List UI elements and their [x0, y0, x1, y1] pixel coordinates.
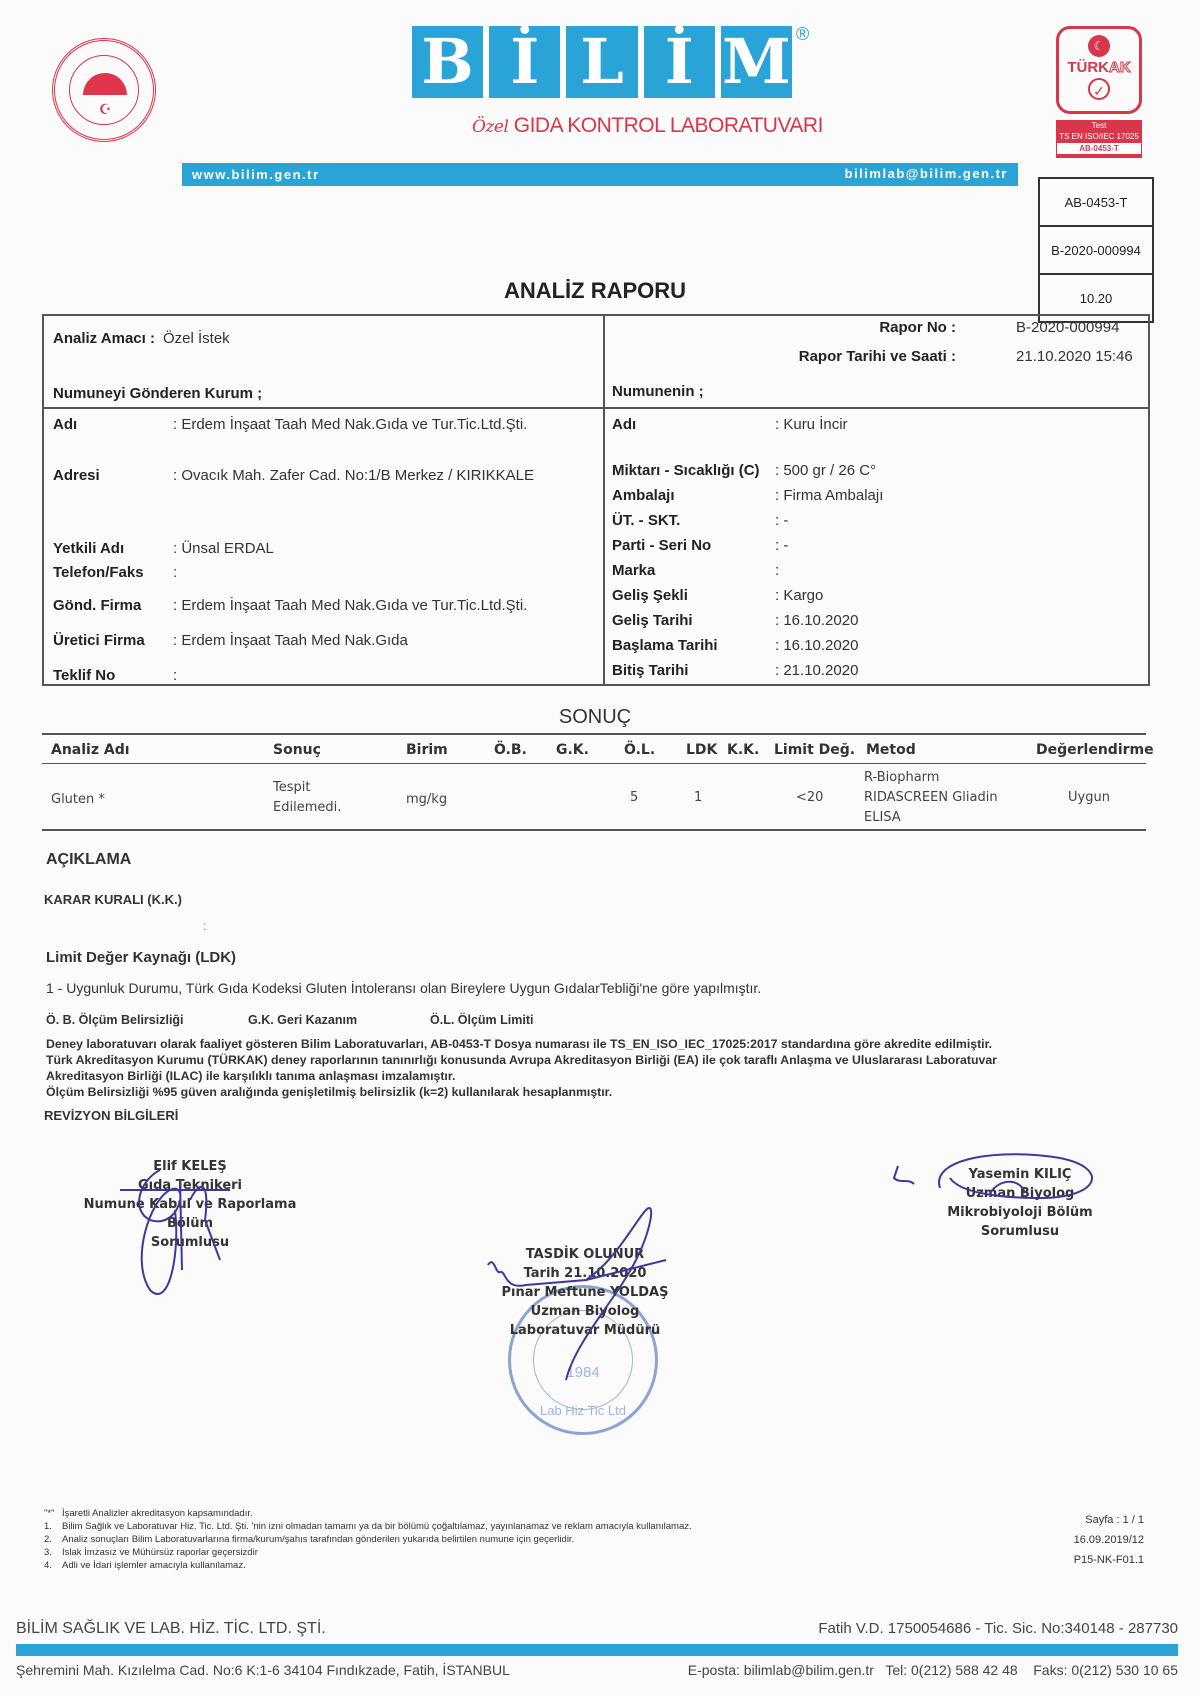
page-info: Sayfa : 1 / 1 16.09.2019/12 P15-NK-F01.1	[1000, 1510, 1144, 1570]
logo-letter: İ	[489, 26, 560, 98]
sender-heading: Numuneyi Gönderen Kurum ;	[53, 385, 262, 402]
contact-bar: www.bilim.gen.tr bilimlab@bilim.gen.tr	[182, 163, 1018, 186]
sender-field-row: Adresi: Ovacık Mah. Zafer Cad. No:1/B Me…	[53, 467, 534, 484]
website-link[interactable]: www.bilim.gen.tr	[192, 167, 320, 182]
page-title: ANALİZ RAPORU	[0, 278, 1190, 304]
table-rule	[42, 763, 1146, 764]
column-header-result: Sonuç	[273, 742, 321, 758]
field-label: Teklif No	[53, 667, 173, 684]
cell-unit: mg/kg	[406, 790, 447, 809]
cell-limit: <20	[796, 788, 823, 807]
field-label: ÜT. - SKT.	[612, 512, 775, 529]
registered-mark: ®	[796, 24, 809, 45]
sample-field-row: Başlama Tarihi: 16.10.2020	[612, 637, 858, 654]
footnote-number: 3.	[44, 1546, 62, 1559]
field-label: Miktarı - Sıcaklığı (C)	[612, 462, 775, 479]
field-value-text: -	[783, 537, 788, 554]
page-current: 1	[1123, 1514, 1129, 1526]
report-date-row: Rapor Tarihi ve Saati : 21.10.2020 15:46	[786, 348, 1133, 365]
accreditation-line: Ölçüm Belirsizliği %95 güven aralığında …	[46, 1084, 1166, 1100]
field-label: Üretici Firma	[53, 632, 173, 649]
explanation-heading: AÇIKLAMA	[46, 851, 131, 869]
sender-field-row: Telefon/Faks:	[53, 564, 177, 581]
footer-contact: E-posta: bilimlab@bilim.gen.tr Tel: 0(21…	[688, 1662, 1178, 1678]
report-no-label: Rapor No :	[786, 319, 956, 336]
stamp-ring-text: Lab Hiz Tic Ltd	[511, 1403, 655, 1418]
accreditation-statement: Deney laboratuvarı olarak faaliyet göste…	[46, 1036, 1166, 1100]
field-label: Bitiş Tarihi	[612, 662, 775, 679]
accreditation-line: Türk Akreditasyon Kurumu (TÜRKAK) deney …	[46, 1052, 1166, 1068]
cell-result-line1: Tespit	[273, 778, 310, 797]
sample-heading: Numunenin ;	[612, 383, 704, 400]
cell-analysis: Gluten *	[51, 790, 105, 809]
sample-field-row: Miktarı - Sıcaklığı (C): 500 gr / 26 C°	[612, 462, 876, 479]
turkak-name-bold: TÜRK	[1067, 59, 1109, 76]
field-label: Marka	[612, 562, 775, 579]
sample-field-row: Parti - Seri No: -	[612, 537, 788, 554]
footer-address: Şehremini Mah. Kızılelma Cad. No:6 K:1-6…	[16, 1662, 510, 1678]
subtitle-prefix: Özel	[472, 117, 508, 137]
footnote-number: 2.	[44, 1533, 62, 1546]
footer-email[interactable]: E-posta: bilimlab@bilim.gen.tr	[688, 1662, 874, 1678]
turkak-name: TÜRKAK	[1059, 59, 1139, 76]
footer-tax-info: Fatih V.D. 1750054686 - Tic. Sic. No:340…	[818, 1620, 1178, 1637]
turkak-band-line1: Test	[1056, 120, 1142, 131]
cell-result-line2: Edilemedi.	[273, 798, 341, 817]
field-value-text: Erdem İnşaat Taah Med Nak.Gıda ve Tur.Ti…	[181, 597, 527, 614]
field-label: Parti - Seri No	[612, 537, 775, 554]
table-rule	[42, 733, 1146, 735]
results-title: SONUÇ	[0, 706, 1190, 729]
crescent-star-icon: ☪	[99, 101, 112, 118]
field-colon: :	[173, 564, 177, 581]
footnote-marker: "*"	[44, 1507, 62, 1520]
page-indicator: Sayfa : 1 / 1	[1000, 1510, 1144, 1530]
email-link[interactable]: bilimlab@bilim.gen.tr	[845, 166, 1008, 181]
footnote-item: Islak İmzasız ve Mühürsüz raporlar geçer…	[62, 1547, 258, 1558]
sample-field-row: Bitiş Tarihi: 21.10.2020	[612, 662, 858, 679]
field-value: :	[173, 667, 177, 684]
field-value: : 16.10.2020	[775, 612, 858, 629]
field-value-text: 21.10.2020	[783, 662, 858, 679]
field-value: : Ünsal ERDAL	[173, 540, 274, 557]
field-value-text: Ovacık Mah. Zafer Cad. No:1/B Merkez / K…	[181, 467, 534, 484]
field-label: Başlama Tarihi	[612, 637, 775, 654]
report-no-value: B-2020-000994	[1016, 319, 1119, 336]
accreditation-line: Deney laboratuvarı olarak faaliyet göste…	[46, 1036, 1166, 1052]
field-value: : Erdem İnşaat Taah Med Nak.Gıda ve Tur.…	[173, 597, 527, 614]
accreditation-code: AB-0453-T	[1040, 179, 1152, 227]
turkak-logo: ☾ TÜRKAK ✓	[1056, 26, 1142, 114]
ldk-text: 1 - Uygunluk Durumu, Türk Gıda Kodeksi G…	[46, 980, 761, 996]
sender-field-row: Adı: Erdem İnşaat Taah Med Nak.Gıda ve T…	[53, 416, 527, 433]
footer-phone: Tel: 0(212) 588 42 48	[885, 1662, 1017, 1678]
column-header-analysis: Analiz Adı	[51, 742, 130, 758]
field-value-text: Erdem İnşaat Taah Med Nak.Gıda	[181, 632, 408, 649]
field-value: :	[173, 564, 177, 581]
purpose-label: Analiz Amacı :	[53, 330, 155, 347]
sample-field-row: Adı: Kuru İncir	[612, 416, 848, 433]
field-label: Adı	[612, 416, 775, 433]
field-value: : 21.10.2020	[775, 662, 858, 679]
ldk-heading: Limit Değer Kaynağı (LDK)	[46, 949, 236, 966]
field-value: : -	[775, 512, 788, 529]
sample-field-row: Marka:	[612, 562, 779, 579]
report-date-value: 21.10.2020 15:46	[1016, 348, 1133, 365]
footer-bar	[16, 1644, 1178, 1656]
signature-right-icon	[890, 1148, 1120, 1208]
signer-role: Mikrobiyoloji Bölüm Sorumlusu	[910, 1203, 1130, 1241]
sender-field-row: Yetkili Adı: Ünsal ERDAL	[53, 540, 274, 557]
cell-method-line3: ELISA	[864, 808, 901, 827]
field-label: Adresi	[53, 467, 173, 484]
cell-method-line2: RIDASCREEN Gliadin	[864, 788, 998, 807]
bilim-logo: B İ L İ M	[412, 26, 792, 104]
logo-letter: M	[721, 26, 792, 98]
field-value-text: Firma Ambalajı	[783, 487, 883, 504]
field-value-text: Kuru İncir	[783, 416, 847, 433]
field-colon: :	[775, 562, 779, 579]
field-label: Yetkili Adı	[53, 540, 173, 557]
footnote-item: Analiz sonuçları Bilim Laboratuvarlarına…	[62, 1534, 574, 1545]
accreditation-line: Akreditasyon Birliği (ILAC) ile karşılık…	[46, 1068, 1166, 1084]
report-date-label: Rapor Tarihi ve Saati :	[786, 348, 956, 365]
column-header-ol: Ö.L.	[624, 742, 655, 758]
field-label: Ambalajı	[612, 487, 775, 504]
footnote-number: 4.	[44, 1559, 62, 1572]
lab-subtitle: Özel GIDA KONTROL LABORATUVARI	[472, 114, 823, 138]
footnote-number: 1.	[44, 1520, 62, 1533]
field-label: Gönd. Firma	[53, 597, 173, 614]
logo-letter: İ	[644, 26, 715, 98]
form-code: P15-NK-F01.1	[1000, 1550, 1144, 1570]
turkak-band-code: AB-0453-T	[1057, 143, 1141, 154]
divider	[42, 407, 1150, 409]
page-total: 1	[1138, 1514, 1144, 1526]
column-header-unit: Birim	[406, 742, 448, 758]
abbreviation-ol: Ö.L. Ölçüm Limiti	[430, 1013, 533, 1027]
field-value-text: -	[783, 512, 788, 529]
turkak-name-outline: AK	[1109, 59, 1131, 76]
column-header-limit: Limit Değ.	[774, 742, 855, 758]
sender-field-row: Teklif No:	[53, 667, 177, 684]
abbreviation-ob: Ö. B. Ölçüm Belirsizliği	[46, 1013, 184, 1027]
column-header-ldk: LDK	[686, 742, 717, 758]
field-value-text: Erdem İnşaat Taah Med Nak.Gıda ve Tur.Ti…	[181, 416, 527, 433]
signature-center-icon	[486, 1200, 686, 1400]
field-label: Geliş Tarihi	[612, 612, 775, 629]
column-header-kk: K.K.	[727, 742, 759, 758]
revision-heading: REVİZYON BİLGİLERİ	[44, 1108, 178, 1123]
field-value: : Erdem İnşaat Taah Med Nak.Gıda	[173, 632, 408, 649]
sender-field-row: Gönd. Firma: Erdem İnşaat Taah Med Nak.G…	[53, 597, 527, 614]
column-header-method: Metod	[866, 742, 916, 758]
turkak-band-line2: TS EN ISO/IEC 17025	[1056, 131, 1142, 142]
footer-company: BİLİM SAĞLIK VE LAB. HİZ. TİC. LTD. ŞTİ.	[16, 1620, 326, 1638]
field-value: : 16.10.2020	[775, 637, 858, 654]
column-header-ob: Ö.B.	[494, 742, 527, 758]
field-label: Telefon/Faks	[53, 564, 173, 581]
table-rule	[42, 829, 1146, 831]
purpose-value: Özel İstek	[163, 330, 230, 347]
field-value-text: Kargo	[783, 587, 823, 604]
field-value: :	[775, 562, 779, 579]
footnote-marker-text: İşaretli Analizler akreditasyon kapsamın…	[62, 1508, 253, 1519]
field-value-text: Ünsal ERDAL	[181, 540, 274, 557]
sender-field-row: Üretici Firma: Erdem İnşaat Taah Med Nak…	[53, 632, 408, 649]
decision-rule-value: :	[203, 918, 207, 933]
cell-method-line1: R-Biopharm	[864, 768, 939, 787]
footnotes: "*"İşaretli Analizler akreditasyon kapsa…	[44, 1507, 692, 1572]
footer-fax: Faks: 0(212) 530 10 65	[1033, 1662, 1178, 1678]
footnote-item: Adli ve İdari işlemler amacıyla kullanıl…	[62, 1560, 246, 1571]
field-value-text: 16.10.2020	[783, 612, 858, 629]
abbreviation-gk: G.K. Geri Kazanım	[248, 1013, 357, 1027]
sample-field-row: Geliş Tarihi: 16.10.2020	[612, 612, 858, 629]
logo-letter: B	[412, 26, 483, 98]
page-label: Sayfa :	[1085, 1514, 1119, 1526]
field-value-text: 500 gr / 26 C°	[783, 462, 876, 479]
signature-left-icon	[120, 1160, 240, 1300]
field-label: Adı	[53, 416, 173, 433]
column-header-gk: G.K.	[556, 742, 589, 758]
subtitle-text: GIDA KONTROL LABORATUVARI	[514, 114, 823, 137]
field-value: : -	[775, 537, 788, 554]
column-header-evaluation: Değerlendirme	[1036, 742, 1154, 758]
flag-icon: ☾	[1088, 35, 1110, 57]
field-value: : Ovacık Mah. Zafer Cad. No:1/B Merkez /…	[173, 467, 534, 484]
field-label: Geliş Şekli	[612, 587, 775, 604]
turkak-accreditation-band: Test TS EN ISO/IEC 17025 AB-0453-T	[1056, 120, 1142, 158]
cell-ol: 5	[630, 788, 638, 807]
field-value: : Erdem İnşaat Taah Med Nak.Gıda ve Tur.…	[173, 416, 527, 433]
sample-field-row: ÜT. - SKT.: -	[612, 512, 788, 529]
field-value: : Kargo	[775, 587, 823, 604]
field-value: : 500 gr / 26 C°	[775, 462, 876, 479]
field-value-text: 16.10.2020	[783, 637, 858, 654]
cell-ldk: 1	[694, 788, 702, 807]
report-code: B-2020-000994	[1040, 227, 1152, 275]
field-colon: :	[173, 667, 177, 684]
decision-rule-heading: KARAR KURALI (K.K.)	[44, 892, 182, 907]
report-no-row: Rapor No : B-2020-000994	[786, 319, 1119, 336]
field-value: : Firma Ambalajı	[775, 487, 883, 504]
logo-letter: L	[566, 26, 637, 98]
footnote-item: Bilim Sağlık ve Laboratuvar Hiz. Tic. Lt…	[62, 1521, 692, 1532]
field-value: : Kuru İncir	[775, 416, 848, 433]
purpose-row: Analiz Amacı : Özel İstek	[53, 330, 230, 347]
divider	[603, 314, 605, 686]
ministry-seal-icon: ☪	[52, 38, 156, 142]
cell-evaluation: Uygun	[1068, 788, 1110, 807]
sample-field-row: Geliş Şekli: Kargo	[612, 587, 823, 604]
form-date: 16.09.2019/12	[1000, 1530, 1144, 1550]
check-icon: ✓	[1088, 78, 1110, 100]
info-box	[42, 314, 1150, 686]
sample-field-row: Ambalajı: Firma Ambalajı	[612, 487, 883, 504]
